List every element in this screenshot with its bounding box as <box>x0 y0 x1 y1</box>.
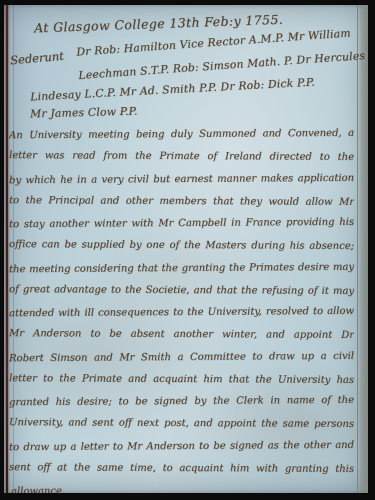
manuscript-line: University, and sent off next post, and … <box>9 412 354 436</box>
manuscript-line: to draw up a letter to Mr Anderson to be… <box>9 434 354 459</box>
manuscript-line: of great advantage to the Societie, and … <box>9 279 354 303</box>
manuscript-line: granted his desire; to be signed by the … <box>9 390 354 415</box>
manuscript-line: to the Principal and other members that … <box>9 190 354 214</box>
scanned-photo-frame: At Glasgow College 13th Feb:y 1755. Sede… <box>0 0 375 500</box>
manuscript-line: An University meeting being duly Summone… <box>9 123 354 148</box>
manuscript-line: letter was read from the Primate of Irel… <box>9 145 354 169</box>
manuscript-line: letter to the Primate and acquaint him t… <box>9 368 354 392</box>
manuscript-line: office can be supplied by one of the Mas… <box>9 234 354 258</box>
manuscript-line: Robert Simson and Mr Smith a Committee t… <box>9 345 354 370</box>
minute-body: An University meeting being duly Summone… <box>9 124 354 493</box>
manuscript-line: the meeting considering that the grantin… <box>9 256 354 281</box>
sederunt-label: Sederunt <box>9 49 64 68</box>
manuscript-line: by which he in a very civil but earnest … <box>9 167 354 192</box>
manuscript-line: attended with ill consequences to the Un… <box>9 301 354 326</box>
sederunt-line: Mr James Clow P.P. <box>30 105 138 121</box>
manuscript-line: allowance. <box>9 479 354 493</box>
manuscript-page: At Glasgow College 13th Feb:y 1755. Sede… <box>4 5 368 493</box>
binding-edge <box>6 5 8 493</box>
sederunt-line: Lindesay L.C.P. Mr Ad. Smith P.P. Dr Rob… <box>30 76 315 104</box>
manuscript-line: to stay another winter with Mr Campbell … <box>9 212 354 237</box>
manuscript-heading: At Glasgow College 13th Feb:y 1755. <box>34 12 283 36</box>
page-edge-strip <box>357 5 368 493</box>
manuscript-line: sent off at the same time, to acquaint h… <box>9 457 354 481</box>
manuscript-line: Mr Anderson to be absent another winter,… <box>9 323 354 347</box>
